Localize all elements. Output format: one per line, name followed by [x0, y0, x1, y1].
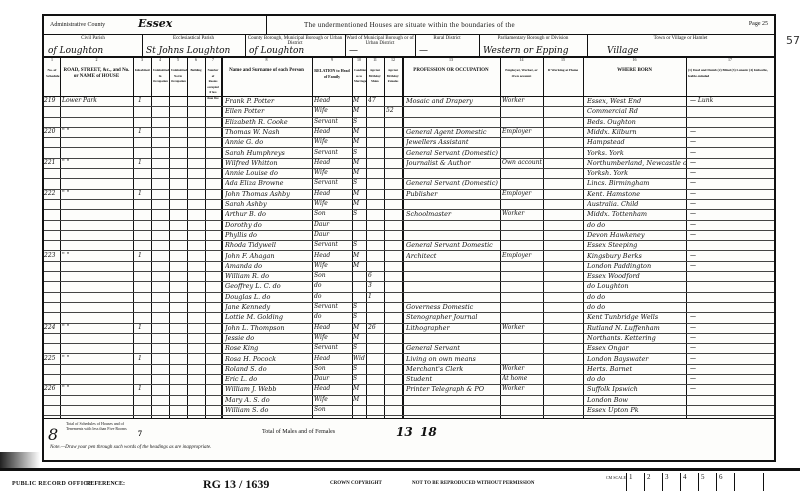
header-top: Administrative County Essex The undermen… [44, 16, 774, 35]
employment-cell [502, 117, 542, 127]
employment-cell: Employer [502, 127, 542, 137]
age-female-cell [386, 148, 402, 158]
birthplace-cell: Essex Ongar [587, 343, 686, 353]
county-borough: County Borough, Municipal Borough or Urb… [245, 34, 346, 56]
schedule-cell: 222 [44, 189, 60, 199]
age-male-cell [368, 230, 384, 240]
totals-label: Total of Males and of Females [262, 429, 335, 435]
age-female-cell [386, 271, 402, 281]
birthplace-cell: Kent. Hamstone [587, 189, 686, 199]
relation-cell: Wife [314, 333, 352, 343]
totals-row: 8 Total of Schedules of Houses and of Te… [44, 418, 774, 457]
condition-cell: M [353, 333, 366, 343]
birthplace-cell: Rutland N. Luffenham [587, 323, 686, 333]
condition-cell: M [353, 96, 366, 106]
occupation-cell [406, 199, 500, 209]
name-cell: Jane Kennedy [225, 302, 311, 312]
condition-cell: M [353, 106, 366, 116]
infirmity-cell [690, 292, 772, 302]
occupation-cell [406, 117, 500, 127]
infirmity-cell: — [690, 178, 772, 188]
birthplace-cell: Essex Steeping [587, 240, 686, 250]
schedule-cell [44, 405, 60, 415]
infirmity-cell: — [690, 261, 772, 271]
name-cell: Jessie do [225, 333, 311, 343]
infirmity-cell [690, 395, 772, 405]
employment-cell [502, 168, 542, 178]
name-cell: John F. Ahagan [225, 251, 311, 261]
age-male-cell [368, 405, 384, 415]
civil-parish: Civil Parish of Loughton [44, 34, 143, 56]
occupation-cell: Living on own means [406, 354, 500, 364]
age-male-cell [368, 209, 384, 219]
birthplace-cell: Northumberland, Newcastle on Tyne [587, 158, 686, 168]
relation-cell: Head [314, 189, 352, 199]
employment-cell: Worker [502, 364, 542, 374]
condition-cell [353, 230, 366, 240]
name-cell: Thomas W. Nash [225, 127, 311, 137]
birthplace-cell: Lincs. Birmingham [587, 178, 686, 188]
birthplace-cell: Kingsbury Berks [587, 251, 686, 261]
employment-cell [502, 199, 542, 209]
name-cell: Annie Louise do [225, 168, 311, 178]
occupation-cell: Lithographer [406, 323, 500, 333]
birthplace-cell: Middx. Tottenham [587, 209, 686, 219]
age-male-cell [368, 127, 384, 137]
age-male-cell [368, 312, 384, 322]
scan-edge-shadow [0, 452, 40, 468]
employment-cell: Worker [502, 323, 542, 333]
address-cell [62, 178, 132, 188]
inhabited-cell [138, 364, 150, 374]
inhabited-cell: 1 [138, 354, 150, 364]
condition-cell: M [353, 127, 366, 137]
age-male-cell [368, 343, 384, 353]
occupation-cell [406, 230, 500, 240]
age-male-cell [368, 333, 384, 343]
condition-cell [353, 271, 366, 281]
age-female-cell [386, 209, 402, 219]
address-cell [62, 343, 132, 353]
employment-cell [502, 271, 542, 281]
inhabited-cell [138, 137, 150, 147]
birthplace-cell: Herts. Barnet [587, 364, 686, 374]
address-cell: " " [62, 384, 132, 394]
occupation-cell [406, 271, 500, 281]
address-cell [62, 199, 132, 209]
occupation-cell: Journalist & Author [406, 158, 500, 168]
age-male-cell [368, 189, 384, 199]
census-page: Administrative County Essex The undermen… [42, 14, 776, 462]
age-male-cell [368, 374, 384, 384]
inhabited-cell [138, 333, 150, 343]
condition-cell: S [353, 312, 366, 322]
scale-mark: 1 [626, 473, 644, 491]
schedule-cell [44, 148, 60, 158]
relation-cell: Head [314, 251, 352, 261]
employment-cell: Employer [502, 251, 542, 261]
birthplace-cell: do do [587, 374, 686, 384]
name-cell: William R. do [225, 271, 311, 281]
name-cell: Mary A. S. do [225, 395, 311, 405]
col-age-male: 11Age last Birthday: Males [366, 56, 385, 96]
occupation-cell: Merchant's Clerk [406, 364, 500, 374]
inhabited-cell [138, 240, 150, 250]
name-cell: Rosa H. Pocock [225, 354, 311, 364]
name-cell: Ellen Potter [225, 106, 311, 116]
inhabited-cell [138, 261, 150, 271]
col-relation: 9RELATION to Head of Family [312, 56, 353, 96]
infirmity-cell: — [690, 209, 772, 219]
employment-cell [502, 148, 542, 158]
col-uninhabited-not: 5Uninhabited: Not in Occupation [169, 56, 188, 96]
relation-cell: Wife [314, 395, 352, 405]
occupation-cell: General Agent Domestic [406, 127, 500, 137]
col-address: 2ROAD, STREET, &c., and No. or NAME of H… [60, 56, 134, 96]
employment-cell [502, 333, 542, 343]
scale-mark: 2 [644, 473, 662, 491]
infirmity-cell: — [690, 137, 772, 147]
reference-number: RG 13 / 1639 [203, 477, 269, 492]
name-cell: William J. Webb [225, 384, 311, 394]
age-female-cell [386, 374, 402, 384]
employment-cell [502, 230, 542, 240]
name-cell: Phyllis do [225, 230, 311, 240]
age-male-cell [368, 240, 384, 250]
relation-cell: Daur [314, 374, 352, 384]
relation-cell: do [314, 281, 352, 291]
schedule-cell [44, 178, 60, 188]
col-inhabited: 3Inhabited [133, 56, 152, 96]
age-female-cell [386, 323, 402, 333]
name-cell: Douglas L. do [225, 292, 311, 302]
inhabited-cell [138, 199, 150, 209]
scale-mark: 4 [680, 473, 698, 491]
occupation-cell [406, 281, 500, 291]
infirmity-cell: — [690, 127, 772, 137]
address-cell: " " [62, 251, 132, 261]
birthplace-cell: Essex Woodford [587, 271, 686, 281]
address-cell [62, 374, 132, 384]
page-label: Page 25 [749, 21, 768, 27]
birthplace-cell: Beds. Oughton [587, 117, 686, 127]
condition-cell: S [353, 302, 366, 312]
inhabited-cell [138, 117, 150, 127]
relation-cell: Head [314, 96, 352, 106]
infirmity-cell [690, 405, 772, 415]
condition-cell [353, 292, 366, 302]
name-cell: Frank P. Potter [225, 96, 311, 106]
table-row: William S. doSonEssex Upton Pk [44, 405, 774, 416]
relation-cell: do [314, 292, 352, 302]
address-cell [62, 281, 132, 291]
employment-cell: Worker [502, 209, 542, 219]
infirmity-cell [690, 302, 772, 312]
birthplace-cell: Australia. Child [587, 199, 686, 209]
age-female-cell [386, 230, 402, 240]
schedule-cell: 219 [44, 96, 60, 106]
birthplace-cell: Essex Upton Pk [587, 405, 686, 415]
birthplace-cell: London Bayswater [587, 354, 686, 364]
relation-cell: do [314, 312, 352, 322]
relation-cell: Head [314, 323, 352, 333]
scale-mark: 5 [698, 473, 716, 491]
employment-cell [502, 178, 542, 188]
occupation-cell [406, 405, 500, 415]
birthplace-cell: do do [587, 302, 686, 312]
name-cell: Rose King [225, 343, 311, 353]
schedules-total: 8 [48, 425, 58, 444]
age-male-cell [368, 302, 384, 312]
age-male-cell [368, 199, 384, 209]
col-name: 8Name and Surname of each Person [221, 56, 313, 96]
age-male-cell: 1 [368, 292, 384, 302]
schedule-cell: 220 [44, 127, 60, 137]
occupation-cell [406, 106, 500, 116]
birthplace-cell: Suffolk Ipswich [587, 384, 686, 394]
birthplace-cell: London Paddington [587, 261, 686, 271]
col-age-female: 12Age last Birthday: Females [384, 56, 403, 96]
occupation-cell [406, 168, 500, 178]
col-home: 15If Working at Home [543, 56, 584, 96]
age-male-cell [368, 137, 384, 147]
relation-cell: Daur [314, 220, 352, 230]
age-female-cell [386, 384, 402, 394]
relation-cell: Servant [314, 240, 352, 250]
col-building: 6Building [187, 56, 206, 96]
age-female-cell [386, 117, 402, 127]
ward: Ward of Municipal Borough or of Urban Di… [345, 34, 416, 56]
age-female-cell [386, 302, 402, 312]
relation-cell: Head [314, 354, 352, 364]
address-cell: " " [62, 127, 132, 137]
age-female-cell [386, 251, 402, 261]
occupation-cell: Architect [406, 251, 500, 261]
schedule-cell [44, 364, 60, 374]
employment-cell: Own account [502, 158, 542, 168]
condition-cell: M [353, 251, 366, 261]
infirmity-cell: — [690, 384, 772, 394]
scale-mark: 6 [716, 473, 734, 491]
inhabited-cell [138, 302, 150, 312]
houses-total: 7 [138, 429, 142, 438]
name-cell: Ada Eliza Browne [225, 178, 311, 188]
office-label: PUBLIC RECORD OFFICE [12, 481, 92, 487]
infirmity-cell: — [690, 251, 772, 261]
age-female-cell [386, 354, 402, 364]
employment-cell [502, 312, 542, 322]
county-label: Administrative County [50, 22, 105, 28]
county-box: Administrative County Essex [44, 16, 267, 34]
infirmity-cell: — [690, 312, 772, 322]
occupation-cell: Mosaic and Drapery [406, 96, 500, 106]
scale-mark: 3 [662, 473, 680, 491]
schedule-cell [44, 395, 60, 405]
address-cell [62, 209, 132, 219]
footnote: Note.—Draw your pen through such words o… [50, 445, 211, 450]
schedule-cell [44, 137, 60, 147]
schedule-cell [44, 199, 60, 209]
col-birthplace: 16WHERE BORN [583, 56, 687, 96]
inhabited-cell [138, 312, 150, 322]
inhabited-cell: 1 [138, 251, 150, 261]
infirmity-cell: — [690, 374, 772, 384]
address-cell [62, 333, 132, 343]
condition-cell: Wid [353, 354, 366, 364]
occupation-cell: Governess Domestic [406, 302, 500, 312]
occupation-cell: General Servant (Domestic) [406, 148, 500, 158]
address-cell: " " [62, 323, 132, 333]
employment-cell [502, 281, 542, 291]
schedule-cell [44, 312, 60, 322]
schedule-cell [44, 220, 60, 230]
age-male-cell [368, 106, 384, 116]
name-cell: Dorothy do [225, 220, 311, 230]
relation-cell: Servant [314, 302, 352, 312]
inhabited-cell [138, 395, 150, 405]
age-female-cell [386, 364, 402, 374]
inhabited-cell: 1 [138, 323, 150, 333]
relation-cell: Son [314, 364, 352, 374]
name-cell: Rhoda Tidywell [225, 240, 311, 250]
name-cell: Arthur B. do [225, 209, 311, 219]
address-cell [62, 137, 132, 147]
address-cell [62, 220, 132, 230]
employment-cell [502, 354, 542, 364]
infirmity-cell [690, 106, 772, 116]
inhabited-cell: 1 [138, 127, 150, 137]
employment-cell [502, 343, 542, 353]
infirmity-cell [690, 281, 772, 291]
infirmity-cell: — [690, 168, 772, 178]
inhabited-cell [138, 374, 150, 384]
age-male-cell: 3 [368, 281, 384, 291]
inhabited-cell [138, 209, 150, 219]
relation-cell: Servant [314, 117, 352, 127]
condition-cell: S [353, 343, 366, 353]
birthplace-cell: Commercial Rd [587, 106, 686, 116]
age-female-cell [386, 189, 402, 199]
name-cell: Wilfred Whitton [225, 158, 311, 168]
inhabited-cell [138, 230, 150, 240]
occupation-cell: General Servant (Domestic) [406, 178, 500, 188]
females-total: 18 [420, 425, 437, 439]
condition-cell: M [353, 168, 366, 178]
age-female-cell [386, 261, 402, 271]
schedule-cell [44, 209, 60, 219]
col-infirmity: 17(1) Deaf and Dumb (2) Blind (3) Lunati… [686, 56, 774, 96]
occupation-cell [406, 261, 500, 271]
name-cell: Roland S. do [225, 364, 311, 374]
age-male-cell: 6 [368, 271, 384, 281]
condition-cell [353, 281, 366, 291]
employment-cell [502, 302, 542, 312]
age-female-cell: 52 [386, 106, 402, 116]
occupation-cell: Printer Telegraph & PO [406, 384, 500, 394]
occupation-cell [406, 333, 500, 343]
birthplace-cell: Middx. Kilburn [587, 127, 686, 137]
age-male-cell [368, 384, 384, 394]
condition-cell: M [353, 261, 366, 271]
scale-end [734, 473, 764, 491]
inhabited-cell: 1 [138, 96, 150, 106]
condition-cell: M [353, 395, 366, 405]
col-uninhabited-occ: 4Uninhabited: In Occupation [151, 56, 170, 96]
inhabited-cell [138, 148, 150, 158]
relation-cell: Son [314, 271, 352, 281]
schedule-cell: 224 [44, 323, 60, 333]
relation-cell: Head [314, 158, 352, 168]
schedule-cell [44, 333, 60, 343]
name-cell: Annie G. do [225, 137, 311, 147]
employment-cell: Worker [502, 384, 542, 394]
col-condition: 10Condition as to Marriage [352, 56, 367, 96]
address-cell: " " [62, 354, 132, 364]
occupation-cell: Publisher [406, 189, 500, 199]
relation-cell: Wife [314, 199, 352, 209]
infirmity-cell [690, 271, 772, 281]
relation-cell: Wife [314, 137, 352, 147]
name-cell: Sarah Ashby [225, 199, 311, 209]
occupation-cell: Schoolmaster [406, 209, 500, 219]
schedule-cell [44, 261, 60, 271]
address-cell: Lower Park [62, 96, 132, 106]
birthplace-cell: Northants. Kettering [587, 333, 686, 343]
inhabited-cell [138, 292, 150, 302]
employment-cell [502, 106, 542, 116]
condition-cell [353, 220, 366, 230]
birthplace-cell: Essex, West End [587, 96, 686, 106]
schedule-cell: 221 [44, 158, 60, 168]
address-cell [62, 148, 132, 158]
permission-notice: NOT TO BE REPRODUCED WITHOUT PERMISSION [412, 481, 534, 486]
age-female-cell [386, 281, 402, 291]
age-female-cell [386, 127, 402, 137]
name-cell: Geoffrey L. C. do [225, 281, 311, 291]
archive-footer: PUBLIC RECORD OFFICE REFERENCE: RG 13 / … [0, 468, 800, 496]
occupation-cell [406, 220, 500, 230]
age-male-cell [368, 354, 384, 364]
occupation-cell [406, 292, 500, 302]
inhabited-cell [138, 106, 150, 116]
age-male-cell [368, 251, 384, 261]
schedule-cell [44, 168, 60, 178]
age-male-cell [368, 158, 384, 168]
condition-cell: M [353, 384, 366, 394]
address-cell [62, 117, 132, 127]
col-rooms: 7Number of Rooms occupied if less than f… [205, 56, 222, 96]
age-male-cell [368, 220, 384, 230]
schedule-cell [44, 271, 60, 281]
schedule-cell: 226 [44, 384, 60, 394]
occupation-cell: Student [406, 374, 500, 384]
condition-cell: M [353, 137, 366, 147]
copyright-label: CROWN COPYRIGHT [330, 481, 382, 486]
schedule-cell: 223 [44, 251, 60, 261]
infirmity-cell: — [690, 220, 772, 230]
age-male-cell [368, 168, 384, 178]
birthplace-cell: London Bow [587, 395, 686, 405]
inhabited-cell [138, 343, 150, 353]
relation-cell: Head [314, 384, 352, 394]
header-districts: Civil Parish of Loughton Ecclesiastical … [44, 34, 774, 58]
employment-cell [502, 405, 542, 415]
col-employment: 14Employer, Worker, or Own account [500, 56, 544, 96]
occupation-cell: General Servant [406, 343, 500, 353]
age-male-cell [368, 178, 384, 188]
inhabited-cell [138, 281, 150, 291]
name-cell: Eric L. do [225, 374, 311, 384]
